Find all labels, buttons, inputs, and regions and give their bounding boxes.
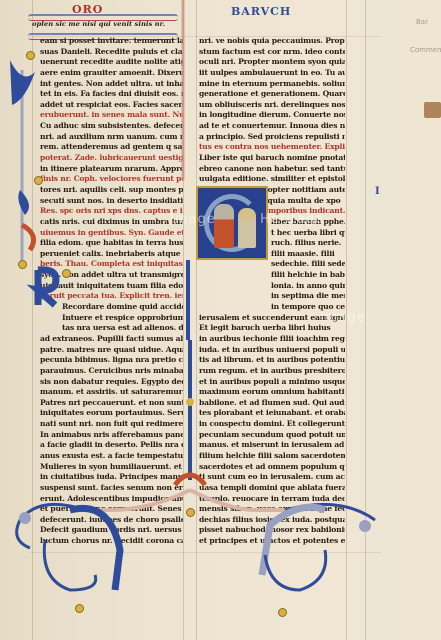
parchment-stain xyxy=(424,102,441,118)
gold-dot xyxy=(186,508,195,517)
gold-dot xyxy=(62,269,71,278)
marginal-note: Commen xyxy=(410,46,441,54)
scribe-figure xyxy=(238,208,256,248)
gold-dot xyxy=(26,51,35,60)
gold-dot xyxy=(75,604,84,613)
marginal-note: Bar xyxy=(416,18,428,26)
marginal-initial: I xyxy=(375,186,380,197)
manuscript-page: ORO BARVCH oplen sic me nisi qui venit s… xyxy=(0,0,441,640)
gold-dot xyxy=(278,608,287,617)
watermark: Image xyxy=(170,212,216,227)
watermark: Heritage xyxy=(260,212,324,227)
prophet-figure xyxy=(214,204,234,248)
border-decoration xyxy=(0,0,441,640)
watermark: Image xyxy=(320,310,366,325)
gold-dot xyxy=(18,260,27,269)
gold-dot xyxy=(34,176,43,185)
